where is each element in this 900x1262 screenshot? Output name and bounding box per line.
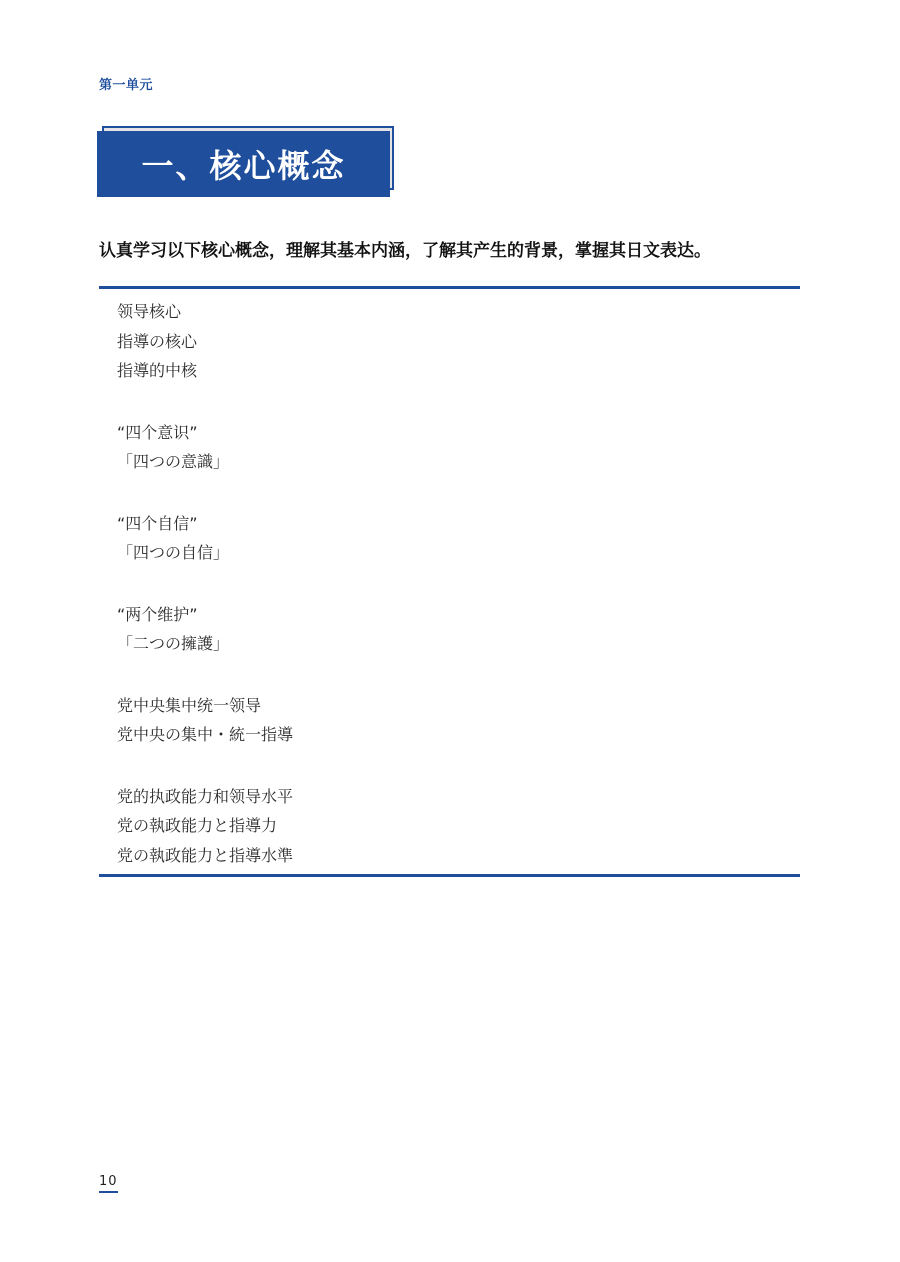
- concept-chinese: “四个意识”: [117, 418, 777, 448]
- section-title-banner: 一、核心概念: [97, 126, 399, 198]
- concept-japanese: 「四つの意識」: [117, 447, 777, 477]
- title-banner-front: 一、核心概念: [97, 131, 390, 197]
- concept-chinese: “四个自信”: [117, 509, 777, 539]
- concept-chinese: 领导核心: [117, 297, 777, 327]
- concept-japanese: 「四つの自信」: [117, 538, 777, 568]
- concept-japanese: 指導の核心: [117, 327, 777, 357]
- concept-chinese: 党的执政能力和领导水平: [117, 782, 777, 812]
- concept-group: 党中央集中统一领导 党中央の集中・統一指導: [117, 691, 777, 750]
- concept-japanese: 「二つの擁護」: [117, 629, 777, 659]
- page-number: 10: [99, 1174, 118, 1193]
- section-instruction: 认真学习以下核心概念，理解其基本内涵，了解其产生的背景，掌握其日文表达。: [99, 236, 711, 261]
- unit-label: 第一单元: [99, 74, 153, 93]
- concept-japanese: 党の執政能力と指導力: [117, 811, 777, 841]
- top-divider: [99, 286, 800, 289]
- concept-group: “四个意识” 「四つの意識」: [117, 418, 777, 477]
- concept-japanese: 党中央の集中・統一指導: [117, 720, 777, 750]
- concept-japanese: 指導的中核: [117, 356, 777, 386]
- concept-group: “四个自信” 「四つの自信」: [117, 509, 777, 568]
- concept-group: 领导核心 指導の核心 指導的中核: [117, 297, 777, 386]
- section-title: 一、核心概念: [141, 141, 345, 187]
- concept-list: 领导核心 指導の核心 指導的中核 “四个意识” 「四つの意識」 “四个自信” 「…: [117, 297, 777, 902]
- concept-japanese: 党の執政能力と指導水準: [117, 841, 777, 871]
- concept-chinese: 党中央集中统一领导: [117, 691, 777, 721]
- bottom-divider: [99, 874, 800, 877]
- concept-group: 党的执政能力和领导水平 党の執政能力と指導力 党の執政能力と指導水準: [117, 782, 777, 871]
- concept-chinese: “两个维护”: [117, 600, 777, 630]
- concept-group: “两个维护” 「二つの擁護」: [117, 600, 777, 659]
